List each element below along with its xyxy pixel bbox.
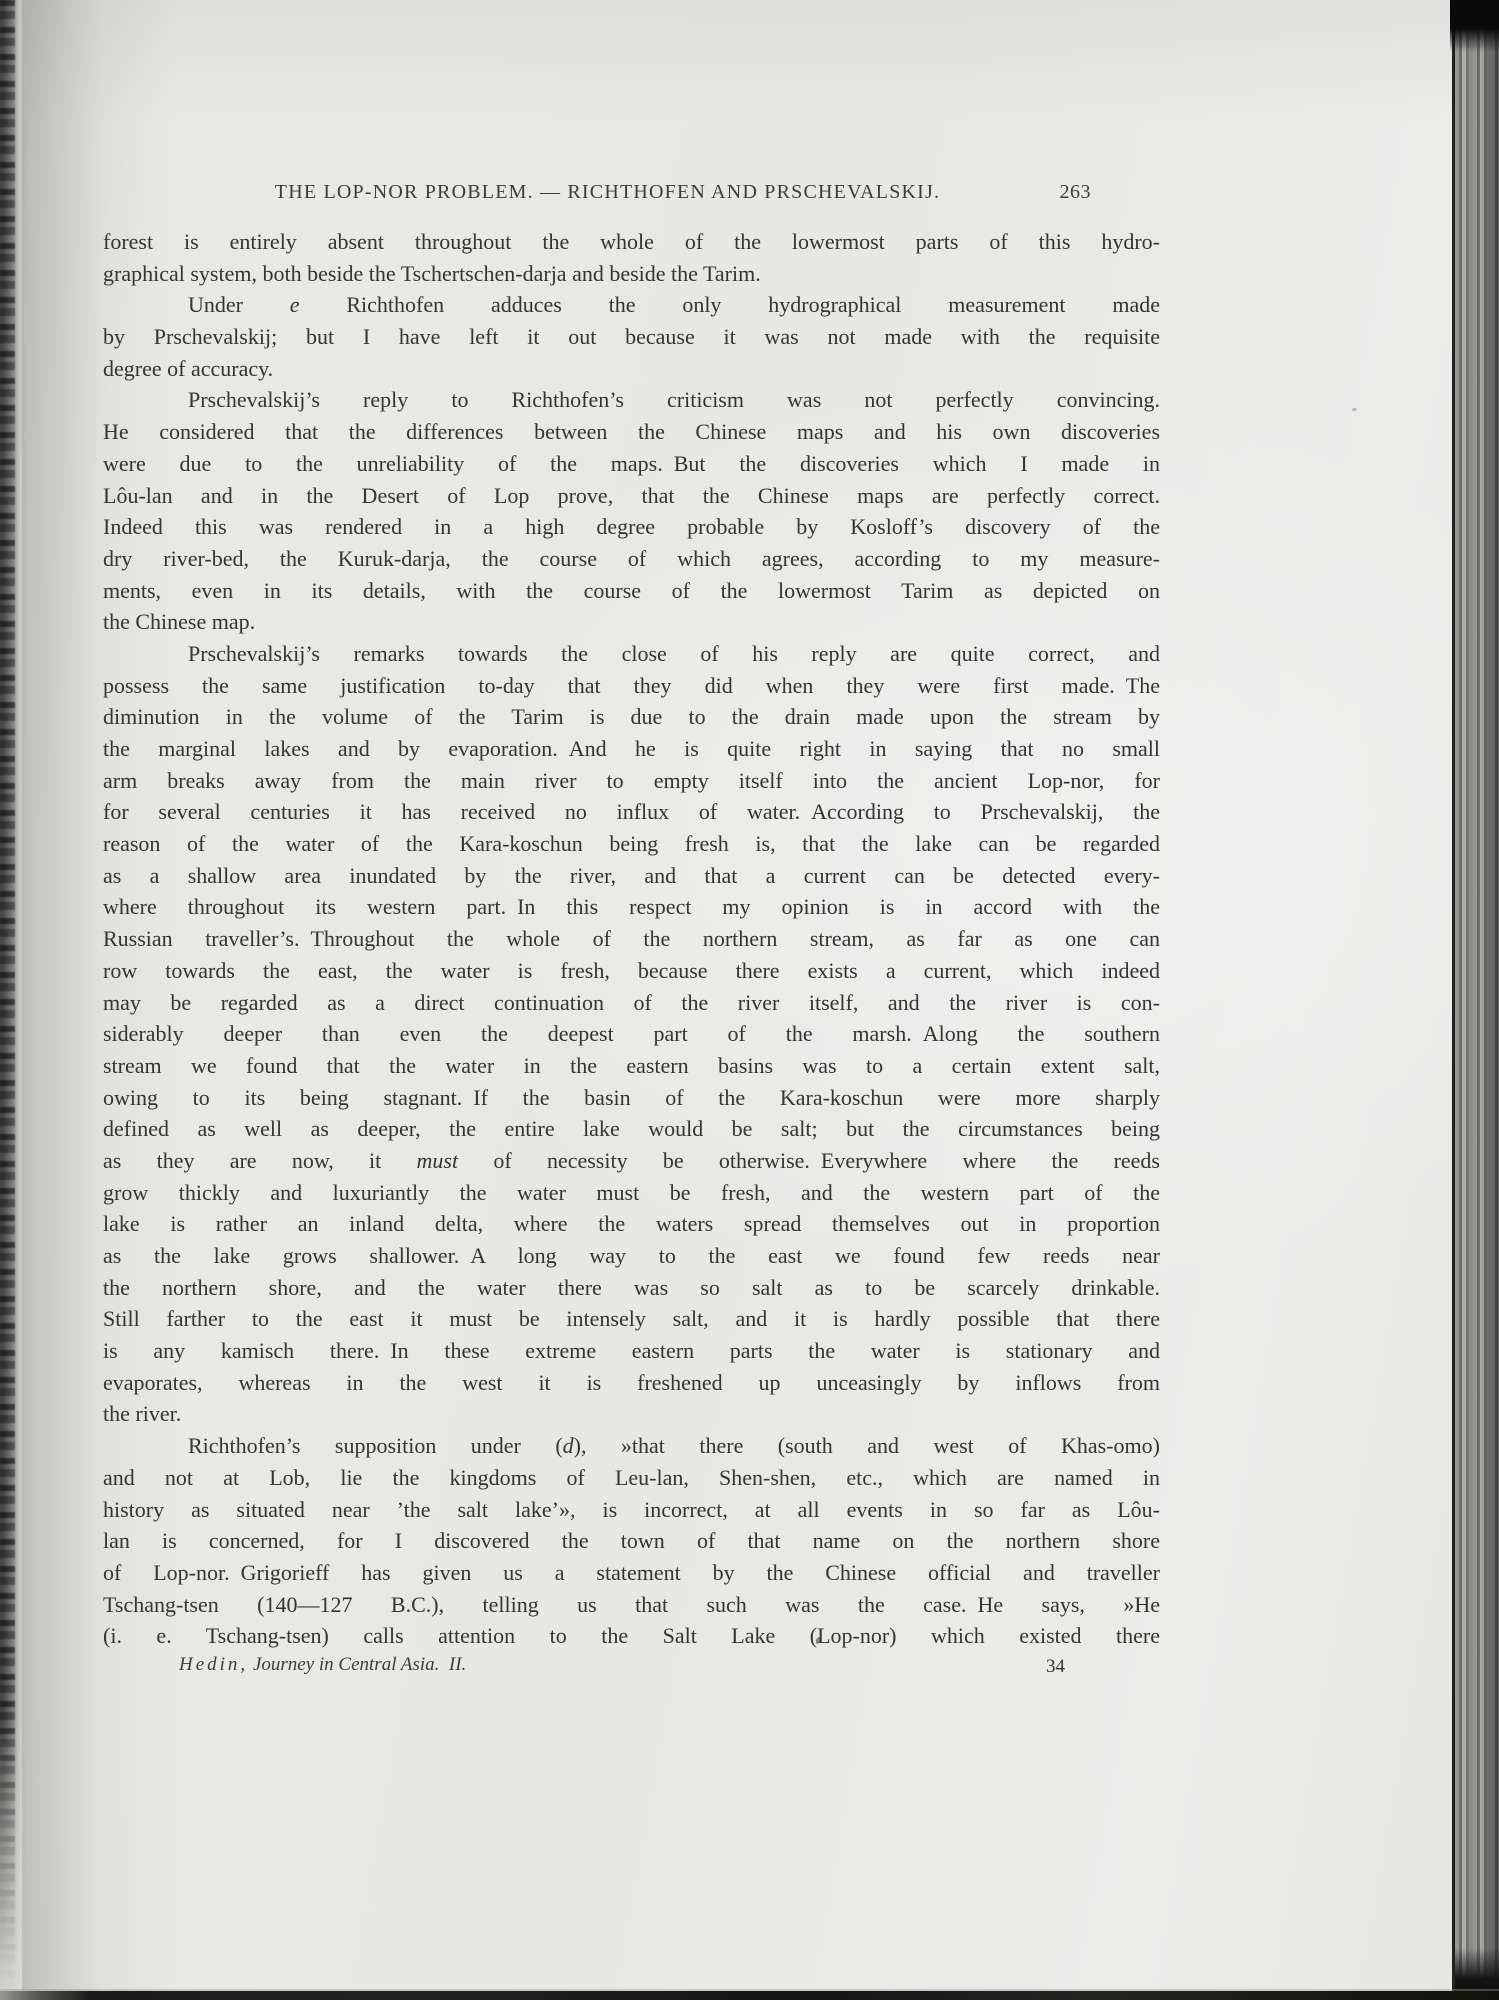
text-segment: stream we found that the water in the ea…	[103, 1053, 1160, 1078]
text-line: stream we found that the water in the ea…	[103, 1050, 1160, 1082]
text-segment: d	[563, 1433, 574, 1458]
text-segment: the Chinese map.	[103, 609, 255, 634]
text-line: evaporates, whereas in the west it is fr…	[103, 1367, 1160, 1399]
text-segment: Prschevalskij’s remarks towards the clos…	[188, 641, 1160, 666]
text-segment: the northern shore, and the water there …	[103, 1275, 1160, 1300]
text-line: diminution in the volume of the Tarim is…	[103, 701, 1160, 733]
text-segment: lan is concerned, for I discovered the t…	[103, 1528, 1160, 1553]
text-segment: defined as well as deeper, the entire la…	[103, 1116, 1160, 1141]
text-segment: arm breaks away from the main river to e…	[103, 768, 1160, 793]
book-signature: Hedin, Journey in Central Asia. II.	[179, 1654, 466, 1675]
text-line: grow thickly and luxuriantly the water m…	[103, 1177, 1160, 1209]
running-head: THE LOP-NOR PROBLEM. — RICHTHOFEN AND PR…	[103, 181, 1160, 207]
text-line: Prschevalskij’s remarks towards the clos…	[103, 638, 1160, 670]
text-line: the river.	[103, 1398, 1160, 1430]
text-segment: grow thickly and luxuriantly the water m…	[103, 1180, 1160, 1205]
text-line: arm breaks away from the main river to e…	[103, 765, 1160, 797]
text-segment: where throughout its western part. In th…	[103, 894, 1160, 919]
text-line: siderably deeper than even the deepest p…	[103, 1018, 1160, 1050]
text-segment: must	[417, 1148, 459, 1173]
text-line: the Chinese map.	[103, 606, 1160, 638]
text-segment: possess the same justification to-day th…	[103, 673, 1160, 698]
text-segment: as the lake grows shallower. A long way …	[103, 1243, 1160, 1268]
text-segment: Still farther to the east it must be int…	[103, 1306, 1160, 1331]
text-segment: owing to its being stagnant. If the basi…	[103, 1085, 1160, 1110]
text-line: possess the same justification to-day th…	[103, 670, 1160, 702]
book-signature-author: Hedin,	[179, 1654, 248, 1675]
text-line: were due to the unreliability of the map…	[103, 448, 1160, 480]
text-segment: He considered that the differences betwe…	[103, 419, 1160, 444]
text-line: Tschang-tsen (140—127 B.C.), telling us …	[103, 1589, 1160, 1621]
page-stack-edge	[1452, 0, 1499, 2000]
text-line: for several centuries it has received no…	[103, 796, 1160, 828]
text-segment: evaporates, whereas in the west it is fr…	[103, 1370, 1160, 1395]
text-line: Richthofen’s supposition under (d), »tha…	[103, 1430, 1160, 1462]
page-content: THE LOP-NOR PROBLEM. — RICHTHOFEN AND PR…	[103, 0, 1160, 2000]
page-footer: Hedin, Journey in Central Asia. II. 34	[103, 1654, 1160, 1680]
text-line: degree of accuracy.	[103, 353, 1160, 385]
text-line: defined as well as deeper, the entire la…	[103, 1113, 1160, 1145]
text-segment: is any kamisch there. In these extreme e…	[103, 1338, 1160, 1363]
page-body: forest is entirely absent throughout the…	[103, 226, 1160, 1652]
text-segment: Russian traveller’s. Throughout the whol…	[103, 926, 1160, 951]
text-segment: for several centuries it has received no…	[103, 799, 1160, 824]
text-segment: the marginal lakes and by evaporation. A…	[103, 736, 1160, 761]
text-segment: Indeed this was rendered in a high degre…	[103, 514, 1160, 539]
text-segment: as a shallow area inundated by the river…	[103, 863, 1160, 888]
book-signature-title: Journey in Central Asia. II.	[253, 1654, 466, 1675]
text-segment: lake is rather an inland delta, where th…	[103, 1211, 1160, 1236]
text-line: by Prschevalskij; but I have left it out…	[103, 321, 1160, 353]
scan-corner-top-right	[1450, 0, 1499, 52]
text-segment: Lôu-lan and in the Desert of Lop prove, …	[103, 483, 1160, 508]
text-segment: (i. e. Tschang-tsen) calls attention to …	[103, 1623, 1160, 1648]
text-line: lake is rather an inland delta, where th…	[103, 1208, 1160, 1240]
text-segment: row towards the east, the water is fresh…	[103, 958, 1160, 983]
text-line: the marginal lakes and by evaporation. A…	[103, 733, 1160, 765]
scan-speck	[1352, 408, 1357, 411]
text-segment: Richthofen adduces the only hydrographic…	[300, 292, 1160, 317]
text-line: where throughout its western part. In th…	[103, 891, 1160, 923]
text-line: He considered that the differences betwe…	[103, 416, 1160, 448]
running-head-title: THE LOP-NOR PROBLEM. — RICHTHOFEN AND PR…	[79, 181, 1136, 204]
gutter-shadow	[22, 0, 102, 2000]
text-line: dry river-bed, the Kuruk-darja, the cour…	[103, 543, 1160, 575]
text-segment: may be regarded as a direct continuation…	[103, 990, 1160, 1015]
text-line: and not at Lob, lie the kingdoms of Leu-…	[103, 1462, 1160, 1494]
text-segment: the river.	[103, 1401, 181, 1426]
text-line: Russian traveller’s. Throughout the whol…	[103, 923, 1160, 955]
text-segment: degree of accuracy.	[103, 356, 273, 381]
text-segment: and not at Lob, lie the kingdoms of Leu-…	[103, 1465, 1160, 1490]
text-line: the northern shore, and the water there …	[103, 1272, 1160, 1304]
text-line: Indeed this was rendered in a high degre…	[103, 511, 1160, 543]
text-line: Still farther to the east it must be int…	[103, 1303, 1160, 1335]
text-segment: ), »that there (south and west of Khas-o…	[574, 1433, 1160, 1458]
text-line: reason of the water of the Kara-koschun …	[103, 828, 1160, 860]
text-segment: Prschevalskij’s reply to Richthofen’s cr…	[188, 387, 1160, 412]
text-line: forest is entirely absent throughout the…	[103, 226, 1160, 258]
text-line: as they are now, it must of necessity be…	[103, 1145, 1160, 1177]
text-line: Lôu-lan and in the Desert of Lop prove, …	[103, 480, 1160, 512]
text-segment: ments, even in its details, with the cou…	[103, 578, 1160, 603]
text-line: lan is concerned, for I discovered the t…	[103, 1525, 1160, 1557]
text-segment: graphical system, both beside the Tscher…	[103, 261, 761, 286]
text-segment: were due to the unreliability of the map…	[103, 451, 1160, 476]
text-line: Prschevalskij’s reply to Richthofen’s cr…	[103, 384, 1160, 416]
text-segment: reason of the water of the Kara-koschun …	[103, 831, 1160, 856]
text-segment: Tschang-tsen (140—127 B.C.), telling us …	[103, 1592, 1160, 1617]
text-segment: history as situated near ’the salt lake’…	[103, 1497, 1160, 1522]
text-line: Under e Richthofen adduces the only hydr…	[103, 289, 1160, 321]
text-line: owing to its being stagnant. If the basi…	[103, 1082, 1160, 1114]
text-line: may be regarded as a direct continuation…	[103, 987, 1160, 1019]
text-line: graphical system, both beside the Tscher…	[103, 258, 1160, 290]
text-segment: e	[290, 292, 300, 317]
text-line: row towards the east, the water is fresh…	[103, 955, 1160, 987]
text-segment: of necessity be otherwise. Everywhere wh…	[458, 1148, 1160, 1173]
text-segment: dry river-bed, the Kuruk-darja, the cour…	[103, 546, 1160, 571]
text-line: ments, even in its details, with the cou…	[103, 575, 1160, 607]
text-segment: forest is entirely absent throughout the…	[103, 229, 1160, 254]
text-line: is any kamisch there. In these extreme e…	[103, 1335, 1160, 1367]
text-segment: Under	[188, 292, 290, 317]
text-line: (i. e. Tschang-tsen) calls attention to …	[103, 1620, 1160, 1652]
scanned-book-page: THE LOP-NOR PROBLEM. — RICHTHOFEN AND PR…	[0, 0, 1499, 2000]
book-gutter-edge	[0, 0, 26, 2000]
sheet-number: 34	[1046, 1656, 1065, 1678]
text-segment: diminution in the volume of the Tarim is…	[103, 704, 1160, 729]
text-segment: Richthofen’s supposition under (	[188, 1433, 563, 1458]
text-line: of Lop-nor. Grigorieff has given us a st…	[103, 1557, 1160, 1589]
text-line: as a shallow area inundated by the river…	[103, 860, 1160, 892]
text-line: history as situated near ’the salt lake’…	[103, 1494, 1160, 1526]
text-segment: siderably deeper than even the deepest p…	[103, 1021, 1160, 1046]
page-number: 263	[1060, 181, 1092, 204]
text-segment: by Prschevalskij; but I have left it out…	[103, 324, 1160, 349]
text-line: as the lake grows shallower. A long way …	[103, 1240, 1160, 1272]
text-segment: as they are now, it	[103, 1148, 417, 1173]
text-segment: of Lop-nor. Grigorieff has given us a st…	[103, 1560, 1160, 1585]
